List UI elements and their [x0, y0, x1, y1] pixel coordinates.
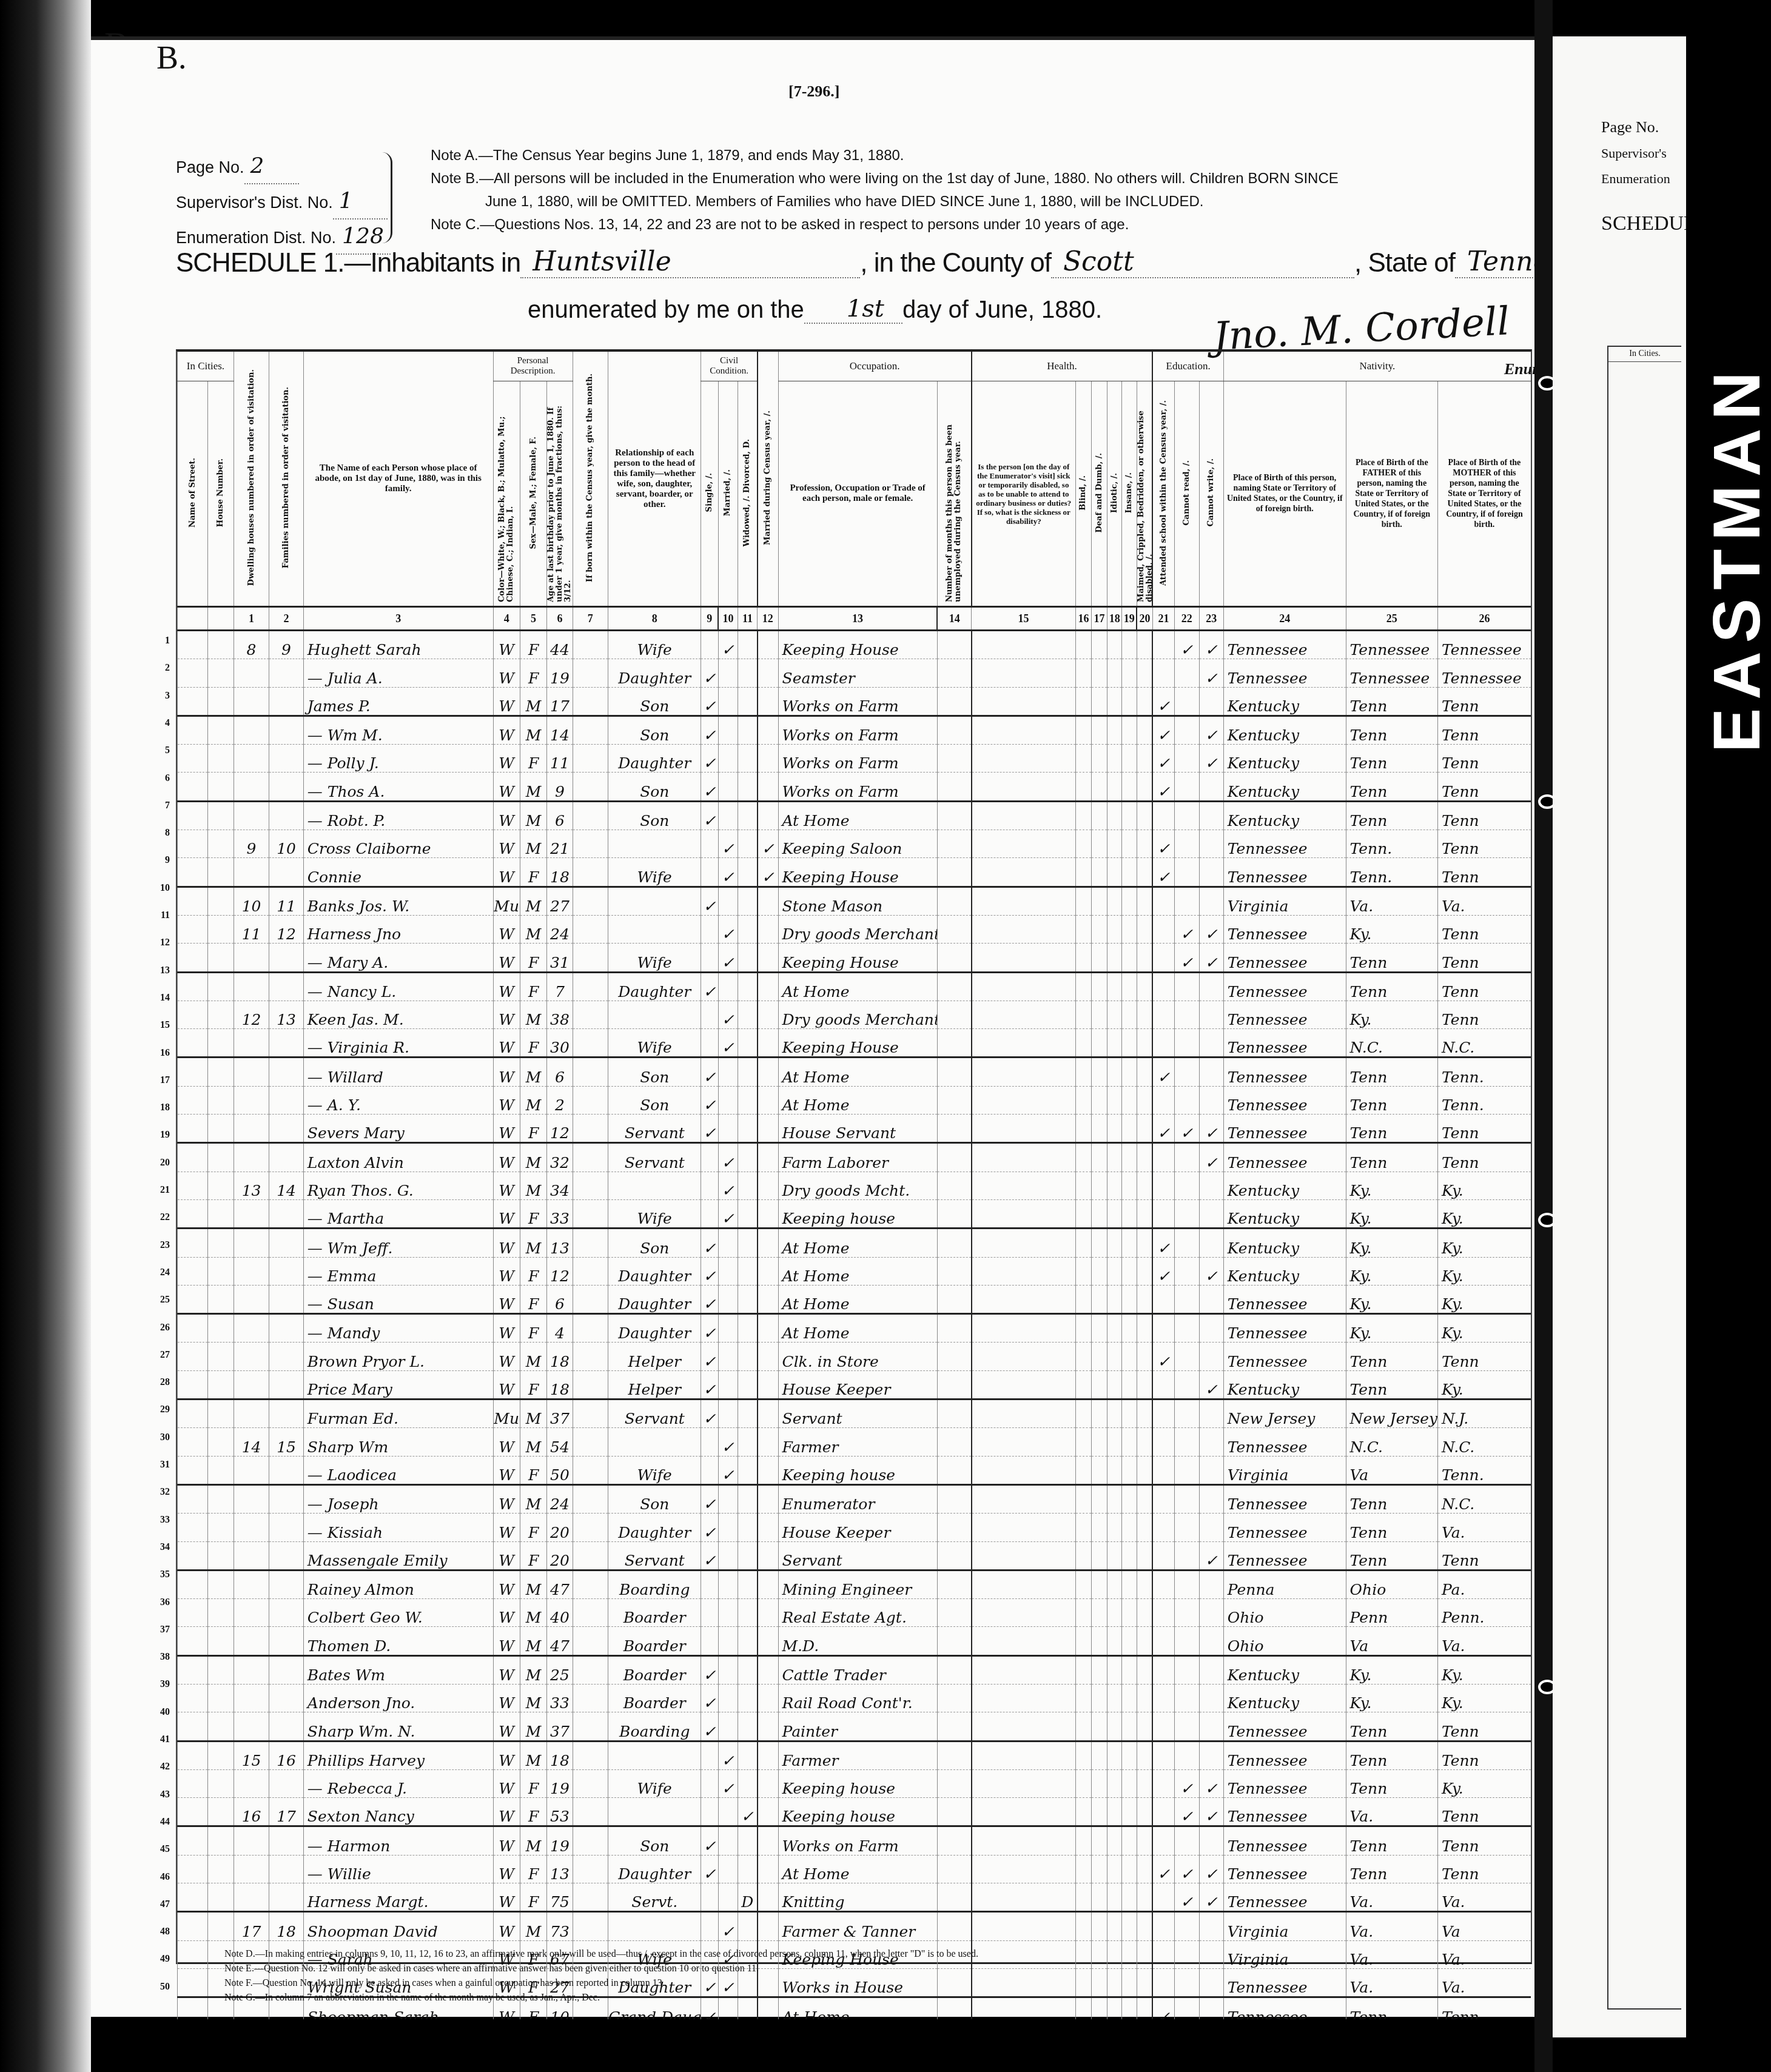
- birth-month: [573, 745, 608, 773]
- father-birthplace: Tenn: [1346, 1769, 1437, 1797]
- single-mark: [701, 944, 718, 972]
- column-number: 20: [1137, 607, 1152, 631]
- person-name: Furman Ed.: [303, 1400, 493, 1428]
- family-number: 9: [269, 631, 303, 659]
- age-value: 75: [547, 1883, 573, 1912]
- age-value: 40: [547, 1599, 573, 1627]
- mother-birthplace: Tenn: [1437, 1541, 1531, 1570]
- single-mark: ✓: [701, 1826, 718, 1855]
- blind-mark: [1075, 659, 1091, 687]
- age-value: 34: [547, 1172, 573, 1199]
- cell-house: [208, 1314, 234, 1343]
- cell-street: [178, 801, 208, 830]
- birth-month: [573, 1058, 608, 1086]
- single-mark: ✓: [701, 1343, 718, 1370]
- sex-code: F: [520, 1257, 546, 1285]
- maimed-mark: [1137, 1968, 1152, 1997]
- birthplace: Virginia: [1223, 1456, 1346, 1484]
- age-value: 37: [547, 1712, 573, 1741]
- single-mark: ✓: [701, 716, 718, 744]
- father-birthplace: Va.: [1346, 1883, 1437, 1912]
- deaf-mark: [1091, 1257, 1107, 1285]
- line-number: 17: [154, 1075, 170, 1086]
- age-value: 18: [547, 1343, 573, 1370]
- mother-birthplace: Tenn: [1437, 1115, 1531, 1143]
- father-birthplace: Va: [1346, 1627, 1437, 1655]
- attended-school-mark: [1152, 1912, 1174, 1940]
- birth-month: [573, 1484, 608, 1513]
- relationship: Wife: [608, 1456, 701, 1484]
- family-number: [269, 1370, 303, 1399]
- insane-mark: [1122, 1769, 1137, 1797]
- birth-month: [573, 716, 608, 744]
- cannot-write-mark: ✓: [1199, 915, 1223, 943]
- dwelling-number: 14: [234, 1428, 269, 1456]
- eastman-watermark: EASTMAN: [1698, 73, 1765, 1043]
- birth-month: [573, 1599, 608, 1627]
- deaf-mark: [1091, 972, 1107, 1001]
- cannot-read-mark: [1175, 1257, 1199, 1285]
- deaf-mark: [1091, 1001, 1107, 1028]
- note-e: Note E.—Question No. 12 will only be ask…: [224, 1962, 978, 1976]
- married-census-year-mark: [758, 1400, 778, 1428]
- person-name: Hughett Sarah: [303, 631, 493, 659]
- occupation: Keeping house: [778, 1798, 937, 1826]
- dwelling-number: [234, 1400, 269, 1428]
- person-name: James P.: [303, 687, 493, 716]
- widowed-mark: [738, 858, 757, 887]
- attended-school-mark: [1152, 1712, 1174, 1741]
- table-row: 1718Shoopman DavidWM73✓Farmer & TannerVi…: [178, 1912, 1531, 1940]
- birthplace: Tennessee: [1223, 858, 1346, 887]
- blind-mark: [1075, 1058, 1091, 1086]
- dwelling-number: [234, 1058, 269, 1086]
- single-mark: ✓: [701, 1314, 718, 1343]
- col-6-header: Age at last birthday prior to June 1, 18…: [547, 384, 573, 602]
- table-row: Price MaryWF18Helper✓House Keeper✓Kentuc…: [178, 1370, 1531, 1399]
- insane-mark: [1122, 1001, 1137, 1028]
- person-name: — Rebecca J.: [303, 1769, 493, 1797]
- married-mark: [718, 1599, 738, 1627]
- blind-mark: [1075, 1456, 1091, 1484]
- relationship: Servant: [608, 1143, 701, 1172]
- insane-mark: [1122, 1285, 1137, 1313]
- color-code: W: [493, 858, 520, 887]
- group-occupation: Occupation.: [778, 352, 972, 381]
- age-value: 9: [547, 773, 573, 801]
- line-number: 16: [154, 1048, 170, 1059]
- father-birthplace: Va.: [1346, 1940, 1437, 1968]
- occupation: Keeping Saloon: [778, 830, 937, 858]
- maimed-mark: [1137, 1086, 1152, 1114]
- attended-school-mark: [1152, 1370, 1174, 1399]
- months-unemployed: [937, 773, 972, 801]
- cell-street: [178, 659, 208, 687]
- married-mark: [718, 1655, 738, 1684]
- cannot-write-mark: [1199, 1655, 1223, 1684]
- cannot-write-mark: [1199, 1570, 1223, 1598]
- cannot-write-mark: [1199, 773, 1223, 801]
- cannot-read-mark: [1175, 1684, 1199, 1712]
- birthplace: Tennessee: [1223, 1428, 1346, 1456]
- color-code: Mu: [493, 1400, 520, 1428]
- widowed-mark: [738, 1769, 757, 1797]
- color-code: W: [493, 915, 520, 943]
- married-mark: ✓: [718, 1172, 738, 1199]
- occupation: Works on Farm: [778, 745, 937, 773]
- single-mark: ✓: [701, 1684, 718, 1712]
- column-number: 4: [493, 607, 520, 631]
- deaf-mark: [1091, 944, 1107, 972]
- sickness: [972, 1826, 1075, 1855]
- age-value: 19: [547, 1769, 573, 1797]
- widowed-mark: [738, 1514, 757, 1541]
- insane-mark: [1122, 745, 1137, 773]
- mother-birthplace: Ky.: [1437, 1684, 1531, 1712]
- line-number: 49: [154, 1954, 170, 1965]
- single-mark: ✓: [701, 659, 718, 687]
- mother-birthplace: Tenn: [1437, 1855, 1531, 1883]
- person-name: Rainey Almon: [303, 1570, 493, 1598]
- married-census-year-mark: [758, 1684, 778, 1712]
- col-17-header: Deaf and Dumb, /.: [1095, 453, 1104, 532]
- cannot-read-mark: [1175, 1229, 1199, 1257]
- birthplace: Kentucky: [1223, 745, 1346, 773]
- cannot-read-mark: [1175, 1599, 1199, 1627]
- birthplace: Virginia: [1223, 887, 1346, 915]
- cell-house: [208, 1285, 234, 1313]
- color-code: W: [493, 659, 520, 687]
- sickness: [972, 1541, 1075, 1570]
- married-census-year-mark: [758, 1855, 778, 1883]
- married-census-year-mark: [758, 1514, 778, 1541]
- birthplace: Tennessee: [1223, 1826, 1346, 1855]
- column-number: 15: [972, 607, 1075, 631]
- sickness: [972, 830, 1075, 858]
- widowed-mark: [738, 773, 757, 801]
- married-mark: ✓: [718, 1741, 738, 1769]
- birth-month: [573, 1115, 608, 1143]
- sickness: [972, 1199, 1075, 1228]
- cell-street: [178, 745, 208, 773]
- person-name: Bates Wm: [303, 1655, 493, 1684]
- cannot-write-mark: ✓: [1199, 1798, 1223, 1826]
- widowed-mark: [738, 745, 757, 773]
- day-value: 1st: [804, 295, 902, 324]
- mother-birthplace: Tenn: [1437, 1712, 1531, 1741]
- color-code: W: [493, 1001, 520, 1028]
- widowed-mark: [738, 659, 757, 687]
- cell-house: [208, 1058, 234, 1086]
- family-number: [269, 1229, 303, 1257]
- blind-mark: [1075, 830, 1091, 858]
- column-number: 2: [269, 607, 303, 631]
- widowed-mark: [738, 1115, 757, 1143]
- table-row: Brown Pryor L.WM18Helper✓Clk. in Store✓T…: [178, 1343, 1531, 1370]
- widowed-mark: [738, 1199, 757, 1228]
- blind-mark: [1075, 716, 1091, 744]
- mother-birthplace: Tenn: [1437, 1826, 1531, 1855]
- maimed-mark: [1137, 1599, 1152, 1627]
- relationship: Son: [608, 1826, 701, 1855]
- table-row: — SusanWF6Daughter✓At HomeTennesseeKy.Ky…: [178, 1285, 1531, 1313]
- age-value: 6: [547, 1285, 573, 1313]
- sickness: [972, 1229, 1075, 1257]
- note-f: Note F.—Question No. 14 will only be ask…: [224, 1976, 978, 1991]
- idiotic-mark: [1107, 1400, 1122, 1428]
- birthplace: Tennessee: [1223, 1741, 1346, 1769]
- mother-birthplace: Tenn: [1437, 1741, 1531, 1769]
- table-row: 89Hughett SarahWF44Wife✓Keeping House✓✓T…: [178, 631, 1531, 659]
- father-birthplace: Tenn: [1346, 687, 1437, 716]
- line-number: 10: [154, 883, 170, 894]
- blind-mark: [1075, 1883, 1091, 1912]
- cannot-read-mark: [1175, 745, 1199, 773]
- family-number: [269, 1541, 303, 1570]
- sex-code: F: [520, 631, 546, 659]
- single-mark: [701, 915, 718, 943]
- blind-mark: [1075, 1001, 1091, 1028]
- col-25-header: Place of Birth of the FATHER of this per…: [1346, 381, 1437, 607]
- deaf-mark: [1091, 1514, 1107, 1541]
- cannot-read-mark: [1175, 972, 1199, 1001]
- widowed-mark: [738, 1058, 757, 1086]
- insane-mark: [1122, 1826, 1137, 1855]
- maimed-mark: [1137, 1514, 1152, 1541]
- maimed-mark: [1137, 858, 1152, 887]
- census-page: B. [7-296.] Page No.2 Supervisor's Dist.…: [91, 36, 1534, 2017]
- maimed-mark: [1137, 915, 1152, 943]
- color-code: W: [493, 830, 520, 858]
- deaf-mark: [1091, 830, 1107, 858]
- age-value: 31: [547, 944, 573, 972]
- dwelling-number: [234, 1883, 269, 1912]
- insane-mark: [1122, 858, 1137, 887]
- father-birthplace: Tenn: [1346, 1115, 1437, 1143]
- insane-mark: [1122, 1940, 1137, 1968]
- maimed-mark: [1137, 1684, 1152, 1712]
- birth-month: [573, 972, 608, 1001]
- line-number: 34: [154, 1542, 170, 1553]
- birthplace: Kentucky: [1223, 1229, 1346, 1257]
- months-unemployed: [937, 801, 972, 830]
- insane-mark: [1122, 1229, 1137, 1257]
- occupation: Works on Farm: [778, 687, 937, 716]
- relationship: [608, 1172, 701, 1199]
- months-unemployed: [937, 972, 972, 1001]
- cell-house: [208, 915, 234, 943]
- blind-mark: [1075, 1655, 1091, 1684]
- relationship: Boarder: [608, 1655, 701, 1684]
- cell-street: [178, 1001, 208, 1028]
- column-number: 12: [758, 607, 778, 631]
- months-unemployed: [937, 887, 972, 915]
- married-census-year-mark: [758, 1769, 778, 1797]
- note-b: Note B.—All persons will be included in …: [431, 167, 1339, 190]
- deaf-mark: [1091, 1172, 1107, 1199]
- idiotic-mark: [1107, 1029, 1122, 1058]
- line-number: 47: [154, 1899, 170, 1910]
- col-10-header: Married, /.: [724, 469, 732, 516]
- married-census-year-mark: [758, 1541, 778, 1570]
- occupation: Keeping house: [778, 1199, 937, 1228]
- sex-code: M: [520, 1655, 546, 1684]
- dwelling-number: 15: [234, 1741, 269, 1769]
- person-name: Sexton Nancy: [303, 1798, 493, 1826]
- widowed-mark: [738, 1257, 757, 1285]
- birth-month: [573, 1314, 608, 1343]
- age-value: 14: [547, 716, 573, 744]
- birth-month: [573, 1541, 608, 1570]
- sex-code: M: [520, 915, 546, 943]
- brace-divider: [382, 152, 392, 243]
- scan-left-edge: [0, 0, 91, 2072]
- sickness: [972, 631, 1075, 659]
- idiotic-mark: [1107, 659, 1122, 687]
- attended-school-mark: ✓: [1152, 1257, 1174, 1285]
- deaf-mark: [1091, 1655, 1107, 1684]
- dwelling-number: [234, 1570, 269, 1598]
- mother-birthplace: Tenn: [1437, 716, 1531, 744]
- enumerated-line: enumerated by me on the 1st day of June,…: [528, 295, 1102, 324]
- age-value: 32: [547, 1143, 573, 1172]
- age-value: 33: [547, 1199, 573, 1228]
- person-name: Laxton Alvin: [303, 1143, 493, 1172]
- table-row: — JosephWM24Son✓EnumeratorTennesseeTennN…: [178, 1484, 1531, 1513]
- age-value: 27: [547, 887, 573, 915]
- idiotic-mark: [1107, 915, 1122, 943]
- color-code: W: [493, 1655, 520, 1684]
- birth-month: [573, 1456, 608, 1484]
- cell-house: [208, 745, 234, 773]
- cannot-write-mark: ✓: [1199, 1370, 1223, 1399]
- blind-mark: [1075, 1541, 1091, 1570]
- age-value: 20: [547, 1514, 573, 1541]
- blind-mark: [1075, 887, 1091, 915]
- birthplace: Penna: [1223, 1570, 1346, 1598]
- father-birthplace: New Jersey: [1346, 1400, 1437, 1428]
- father-birthplace: Tenn: [1346, 1484, 1437, 1513]
- deaf-mark: [1091, 1712, 1107, 1741]
- months-unemployed: [937, 1883, 972, 1912]
- married-census-year-mark: [758, 1712, 778, 1741]
- insane-mark: [1122, 1655, 1137, 1684]
- birth-month: [573, 1001, 608, 1028]
- relationship: [608, 830, 701, 858]
- person-name: — Susan: [303, 1285, 493, 1313]
- color-code: W: [493, 1172, 520, 1199]
- person-name: Connie: [303, 858, 493, 887]
- sex-code: M: [520, 1684, 546, 1712]
- dwelling-number: [234, 1826, 269, 1855]
- insane-mark: [1122, 1855, 1137, 1883]
- maimed-mark: [1137, 1940, 1152, 1968]
- color-code: W: [493, 1229, 520, 1257]
- insane-mark: [1122, 1199, 1137, 1228]
- father-birthplace: Ky.: [1346, 1285, 1437, 1313]
- single-mark: ✓: [701, 801, 718, 830]
- birth-month: [573, 687, 608, 716]
- father-birthplace: Ky.: [1346, 1229, 1437, 1257]
- idiotic-mark: [1107, 1001, 1122, 1028]
- cell-house: [208, 1001, 234, 1028]
- col-9-header: Single, /.: [705, 473, 714, 512]
- idiotic-mark: [1107, 1514, 1122, 1541]
- cannot-read-mark: [1175, 1940, 1199, 1968]
- person-name: — A. Y.: [303, 1086, 493, 1114]
- occupation: At Home: [778, 1058, 937, 1086]
- married-census-year-mark: [758, 1484, 778, 1513]
- color-code: W: [493, 1883, 520, 1912]
- line-number: 7: [154, 800, 170, 811]
- months-unemployed: [937, 1086, 972, 1114]
- maimed-mark: [1137, 1769, 1152, 1797]
- family-number: [269, 1684, 303, 1712]
- mother-birthplace: N.J.: [1437, 1400, 1531, 1428]
- occupation: Works on Farm: [778, 716, 937, 744]
- dwelling-number: [234, 1257, 269, 1285]
- married-mark: [718, 972, 738, 1001]
- cell-street: [178, 1912, 208, 1940]
- cannot-write-mark: [1199, 1940, 1223, 1968]
- mother-birthplace: Ky.: [1437, 1314, 1531, 1343]
- line-number: 9: [154, 855, 170, 866]
- idiotic-mark: [1107, 1541, 1122, 1570]
- deaf-mark: [1091, 1541, 1107, 1570]
- person-name: Brown Pryor L.: [303, 1343, 493, 1370]
- married-census-year-mark: [758, 1257, 778, 1285]
- sex-code: F: [520, 1370, 546, 1399]
- insane-mark: [1122, 1314, 1137, 1343]
- sickness: [972, 915, 1075, 943]
- father-birthplace: Tenn: [1346, 1741, 1437, 1769]
- sickness: [972, 1912, 1075, 1940]
- relationship: Son: [608, 687, 701, 716]
- father-birthplace: Ky.: [1346, 1655, 1437, 1684]
- insane-mark: [1122, 1484, 1137, 1513]
- color-code: W: [493, 1855, 520, 1883]
- birthplace: Kentucky: [1223, 773, 1346, 801]
- col-8-header: Relationship of each person to the head …: [608, 352, 701, 607]
- sex-code: F: [520, 1883, 546, 1912]
- cell-house: [208, 1370, 234, 1399]
- birthplace: Tennessee: [1223, 972, 1346, 1001]
- sickness: [972, 858, 1075, 887]
- line-number: 32: [154, 1487, 170, 1498]
- cell-house: [208, 1428, 234, 1456]
- birthplace: Tennessee: [1223, 1798, 1346, 1826]
- corner-letter: B.: [156, 39, 187, 76]
- line-number: 45: [154, 1844, 170, 1855]
- months-unemployed: [937, 1058, 972, 1086]
- mother-birthplace: N.C.: [1437, 1484, 1531, 1513]
- mother-birthplace: Tenn: [1437, 972, 1531, 1001]
- family-number: 16: [269, 1741, 303, 1769]
- family-number: [269, 1514, 303, 1541]
- married-census-year-mark: [758, 1741, 778, 1769]
- family-number: 18: [269, 1912, 303, 1940]
- sickness: [972, 1655, 1075, 1684]
- age-value: 17: [547, 687, 573, 716]
- birth-month: [573, 1229, 608, 1257]
- sickness: [972, 1883, 1075, 1912]
- line-number: 19: [154, 1130, 170, 1141]
- cell-street: [178, 1968, 208, 1997]
- birth-month: [573, 1029, 608, 1058]
- widowed-mark: [738, 1029, 757, 1058]
- months-unemployed: [937, 1769, 972, 1797]
- table-row: — Mary A.WF31Wife✓Keeping House✓✓Tenness…: [178, 944, 1531, 972]
